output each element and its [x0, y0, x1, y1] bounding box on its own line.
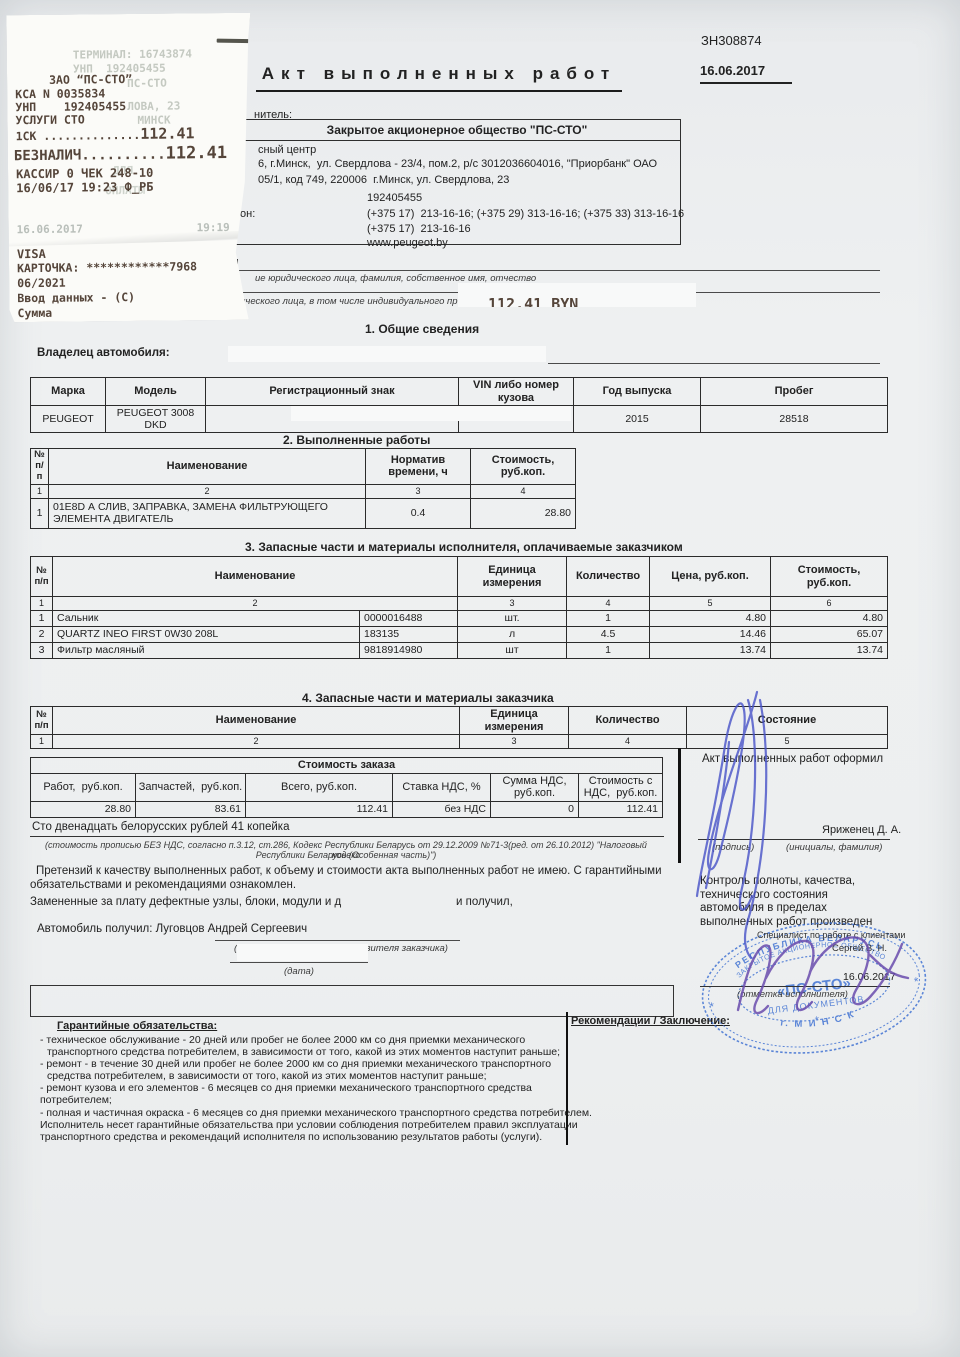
owner-redaction	[228, 346, 546, 362]
specialist-name: Сергей В. Н.	[832, 943, 887, 954]
col-header: Норматив времени, ч	[366, 449, 471, 485]
col-header: Запчастей, руб.коп.	[136, 773, 246, 801]
row-num: 2	[31, 627, 53, 643]
part-name: Сальник	[53, 611, 360, 627]
part-price: 4.80	[650, 611, 771, 627]
part-price: 13.74	[650, 643, 771, 659]
colnum: 1	[31, 484, 49, 498]
date-note: (дата)	[230, 966, 368, 977]
owner-label: Владелец автомобиля:	[37, 347, 170, 359]
receipt-visa: VISA	[17, 247, 46, 261]
section1-heading: 1. Общие сведения	[365, 322, 479, 336]
col-header: Работ, руб.коп.	[31, 773, 136, 801]
replaced-parts-text: Замененные за плату дефектные узлы, блок…	[30, 896, 341, 908]
col-header: Год выпуска	[574, 378, 701, 406]
date-redaction	[237, 944, 368, 961]
part-unit: шт.	[458, 611, 567, 627]
part-name: QUARTZ INEO FIRST 0W30 208L	[53, 627, 360, 643]
work-cost: 28.80	[471, 498, 576, 528]
work-name: 01E8D А СЛИВ, ЗАПРАВКА, ЗАМЕНА ФИЛЬТРУЮЩ…	[49, 498, 366, 528]
receipt-sum-label: Сумма	[17, 306, 52, 320]
parts-cost: 83.61	[136, 801, 246, 817]
receipt-faded-terminal: ТЕРМИНАЛ: 16743874	[73, 47, 192, 61]
company-phones2: (+375 17) 213-16-16	[367, 223, 471, 235]
warranty-line: - ремонт - в течение 30 дней или пробег …	[40, 1058, 565, 1070]
section4-heading: 4. Запасные части и материалы заказчика	[302, 691, 554, 705]
col-header: Стоимость, руб.коп.	[771, 557, 888, 597]
order-cost-table: Стоимость заказа Работ, руб.коп. Запчаст…	[30, 757, 663, 818]
section3-heading: 3. Запасные части и материалы исполнител…	[245, 540, 683, 554]
col-header: № п/п	[31, 707, 53, 735]
control-text-3: автомобиля в пределах	[700, 902, 827, 914]
empty-notes-box	[30, 985, 674, 1017]
part-qty: 1	[567, 643, 650, 659]
receipt-cashless-dots: ..........	[81, 147, 165, 164]
table-row: 28.80 83.61 112.41 без НДС 0 112.41	[31, 801, 663, 817]
company-unp: 192405455	[367, 192, 422, 204]
company-name: Закрытое акционерное общество "ПС-СТО"	[234, 120, 680, 141]
receipt-cashless-line: БЕЗНАЛИЧ..........112.41	[14, 143, 227, 165]
total-cost: 112.41	[246, 801, 393, 817]
part-article: 183135	[360, 627, 458, 643]
colnum: 5	[650, 597, 771, 611]
brand-cell: PEUGEOT	[31, 406, 106, 433]
receipt-entry-mode: Ввод данных - (С)	[17, 290, 135, 305]
col-header: Количество	[567, 557, 650, 597]
control-text-2: технического состояния	[700, 889, 828, 901]
part-unit: л	[458, 627, 567, 643]
row-num: 1	[31, 498, 49, 528]
year-cell: 2015	[574, 406, 701, 433]
colnum: 1	[31, 597, 53, 611]
amount-in-words: Сто двенадцать белорусских рублей 41 коп…	[30, 821, 664, 837]
col-header: Пробег	[701, 378, 888, 406]
model-cell: PEUGEOT 3008 DKD	[106, 406, 206, 433]
works-cost: 28.80	[31, 801, 136, 817]
col-header: Ставка НДС, %	[393, 773, 491, 801]
receipt-ick-amount: 112.41	[140, 124, 194, 143]
staple-mark	[217, 39, 253, 44]
row-num: 3	[31, 643, 53, 659]
colnum: 2	[49, 484, 366, 498]
col-header: Наименование	[53, 707, 460, 735]
part-cost: 4.80	[771, 611, 888, 627]
amount-words-note2: Республики Беларусь (Особенная часть)")	[30, 850, 662, 860]
part-qty: 4.5	[567, 627, 650, 643]
col-header: Состояние	[687, 707, 888, 735]
cash-receipt: ТЕРМИНАЛ: 16743874 УНП 192405455 ПС-СТО …	[6, 13, 253, 323]
customer-parts-table: № п/п Наименование Единица измерения Кол…	[30, 706, 888, 749]
col-header: Стоимость, руб.коп.	[471, 449, 576, 485]
part-name: Фильтр масляный	[53, 643, 360, 659]
parts-table: № п/п Наименование Единица измерения Кол…	[30, 556, 888, 659]
col-header: Стоимость с НДС, руб.коп.	[579, 773, 663, 801]
col-header: Наименование	[53, 557, 458, 597]
colnum: 6	[771, 597, 888, 611]
company-address1: 6, г.Минск, ул. Свердлова - 23/4, пом.2,…	[258, 158, 657, 170]
column-numbers-row: 1 2 3 4 5 6	[31, 597, 888, 611]
company-address2: 05/1, код 749, 220006 г.Минск, ул. Сверд…	[258, 174, 509, 186]
col-header: Единица измерения	[458, 557, 567, 597]
initials-note: (инициалы, фамилия)	[786, 842, 882, 853]
warranty-line: потребителем;	[40, 1094, 565, 1106]
warranty-heading: Гарантийные обязательства:	[57, 1020, 217, 1032]
warranty-line: средства потребителем, в зависимости от …	[40, 1070, 565, 1082]
mileage-cell: 28518	[701, 406, 888, 433]
car-received-line: Автомобиль получил: Луговцов Андрей Серг…	[37, 923, 307, 935]
company-info-box: Закрытое акционерное общество "ПС-СТО" с…	[233, 119, 681, 245]
receipt-datetime: 16/06/17 19:23 Ф_РБ	[16, 180, 153, 195]
control-date: 16.06.2017	[843, 971, 896, 983]
receipt-faded-name: ПС-СТО	[127, 77, 167, 90]
col-header: Цена, руб.коп.	[650, 557, 771, 597]
mark-note: (отметка исполнителя)	[737, 989, 848, 1000]
claims-text-1: Претензий к качеству выполненных работ, …	[36, 865, 662, 877]
receipt-faded-addr: ЛОВА, 23	[127, 99, 180, 113]
table-row: 3 Фильтр масляный 9818914980 шт 1 13.74 …	[31, 643, 888, 659]
col-header: Наименование	[49, 449, 366, 485]
company-website: www.peugeot.by	[367, 237, 448, 249]
colnum: 2	[53, 597, 458, 611]
receipt-sum-amount-clipped: 112.41 BYN	[488, 295, 578, 307]
recommendations-divider	[566, 1012, 568, 1145]
warranty-line: транспортного средства потребителем, в з…	[40, 1046, 565, 1058]
vat-sum: 0	[491, 801, 579, 817]
receipt-cashless-label: БЕЗНАЛИЧ	[14, 148, 82, 165]
warranty-line: Исполнитель несет гарантийные обязательс…	[40, 1119, 565, 1131]
control-text-1: Контроль полноты, качества,	[700, 875, 855, 887]
receipt-ick-dots: ..............	[43, 128, 140, 143]
table-row: 1 01E8D А СЛИВ, ЗАПРАВКА, ЗАМЕНА ФИЛЬТРУ…	[31, 498, 576, 528]
colnum: 4	[567, 597, 650, 611]
col-header: Единица измерения	[460, 707, 569, 735]
colnum: 4	[569, 735, 687, 749]
specialist-label: Специалист по работе с клиентами	[757, 930, 905, 940]
column-numbers-row: 1 2 3 4	[31, 484, 576, 498]
receipt-card-number: КАРТОЧКА: ************7968	[17, 259, 197, 275]
issuer-sign-line	[698, 839, 890, 840]
col-header: Всего, руб.коп.	[246, 773, 393, 801]
receipt-sum-whiteout: 112.41 BYN	[458, 283, 696, 307]
table-row: 2 QUARTZ INEO FIRST 0W30 208L 183135 л 4…	[31, 627, 888, 643]
part-article: 0000016488	[360, 611, 458, 627]
part-cost: 65.07	[771, 627, 888, 643]
part-article: 9818914980	[360, 643, 458, 659]
colnum: 1	[31, 735, 53, 749]
colnum: 5	[687, 735, 888, 749]
receipt-org-name: ЗАО “ПС-СТО”	[49, 72, 132, 87]
act-issued-by-label: Акт выполненных работ оформил	[702, 753, 883, 765]
colnum: 3	[458, 597, 567, 611]
col-header: № п/п	[31, 449, 49, 485]
issuer-name: Яриженец Д. А.	[822, 824, 901, 836]
replaced-parts-text-end: и получил,	[456, 896, 513, 908]
col-header: Количество	[569, 707, 687, 735]
col-header: Модель	[106, 378, 206, 406]
document-date: 16.06.2017	[700, 63, 792, 84]
warranty-line: - ремонт кузова и его элементов - 6 меся…	[40, 1082, 565, 1094]
receipt-faded-date: 16.06.2017	[17, 222, 83, 236]
part-qty: 1	[567, 611, 650, 627]
warranty-text-block: - техническое обслуживание - 20 дней или…	[40, 1034, 565, 1143]
col-header: № п/п	[31, 557, 53, 597]
owner-line	[548, 363, 880, 364]
right-divider-line	[678, 748, 681, 863]
stamp-star-left: *	[709, 999, 716, 1014]
part-price: 14.46	[650, 627, 771, 643]
total-with-vat: 112.41	[579, 801, 663, 817]
claims-text-2: обязательствами и рекомендациями ознаком…	[30, 879, 296, 891]
receipt-ick-label: 1СК	[16, 129, 37, 143]
col-header: VIN либо номер кузова	[459, 378, 574, 406]
company-line1: сный центр	[258, 144, 316, 156]
warranty-line: транспортного средства и рекомендаций ис…	[40, 1131, 565, 1143]
vin-redaction	[460, 406, 571, 421]
mark-line	[700, 986, 890, 987]
colnum: 3	[366, 484, 471, 498]
col-header: Сумма НДС, руб.коп.	[491, 773, 579, 801]
column-numbers-row: 1 2 3 4 5	[31, 735, 888, 749]
part-cost: 13.74	[771, 643, 888, 659]
warranty-line: - полная и частичная окраска - 6 месяцев…	[40, 1107, 565, 1119]
receipt-cashier: КАССИР 0 ЧЕК 248-10	[16, 166, 153, 181]
page-title: Акт выполненных работ	[256, 64, 622, 92]
colnum: 4	[471, 484, 576, 498]
table-row: 1 Сальник 0000016488 шт. 1 4.80 4.80	[31, 611, 888, 627]
row-num: 1	[31, 611, 53, 627]
sign-note: (подпись)	[712, 842, 754, 853]
date-line	[230, 962, 368, 963]
customer-line	[233, 270, 880, 271]
receipt-cashless-amount: 112.41	[165, 143, 227, 164]
scanned-act-document: Акт выполненных работ ЗН308874 16.06.201…	[0, 0, 960, 1357]
cost-table-title: Стоимость заказа	[31, 758, 663, 774]
receipt-expiry: 06/2021	[17, 276, 66, 291]
colnum: 2	[53, 735, 460, 749]
company-phones1: (+375 17) 213-16-16; (+375 29) 313-16-16…	[367, 208, 684, 220]
work-time: 0.4	[366, 498, 471, 528]
document-number: ЗН308874	[701, 33, 762, 48]
stamp-star-right: *	[913, 974, 920, 989]
receipt-ick-line: 1СК ..............112.41	[16, 124, 195, 144]
part-unit: шт	[458, 643, 567, 659]
vat-rate: без НДС	[393, 801, 491, 817]
warranty-line: - техническое обслуживание - 20 дней или…	[40, 1034, 565, 1046]
works-table: № п/п Наименование Норматив времени, ч С…	[30, 448, 576, 529]
colnum: 3	[460, 735, 569, 749]
customer-sign-line	[215, 940, 460, 941]
phone-label-fragment: он:	[240, 208, 255, 220]
col-header: Регистрационный знак	[206, 378, 459, 406]
section2-heading: 2. Выполненные работы	[283, 433, 430, 447]
col-header: Марка	[31, 378, 106, 406]
